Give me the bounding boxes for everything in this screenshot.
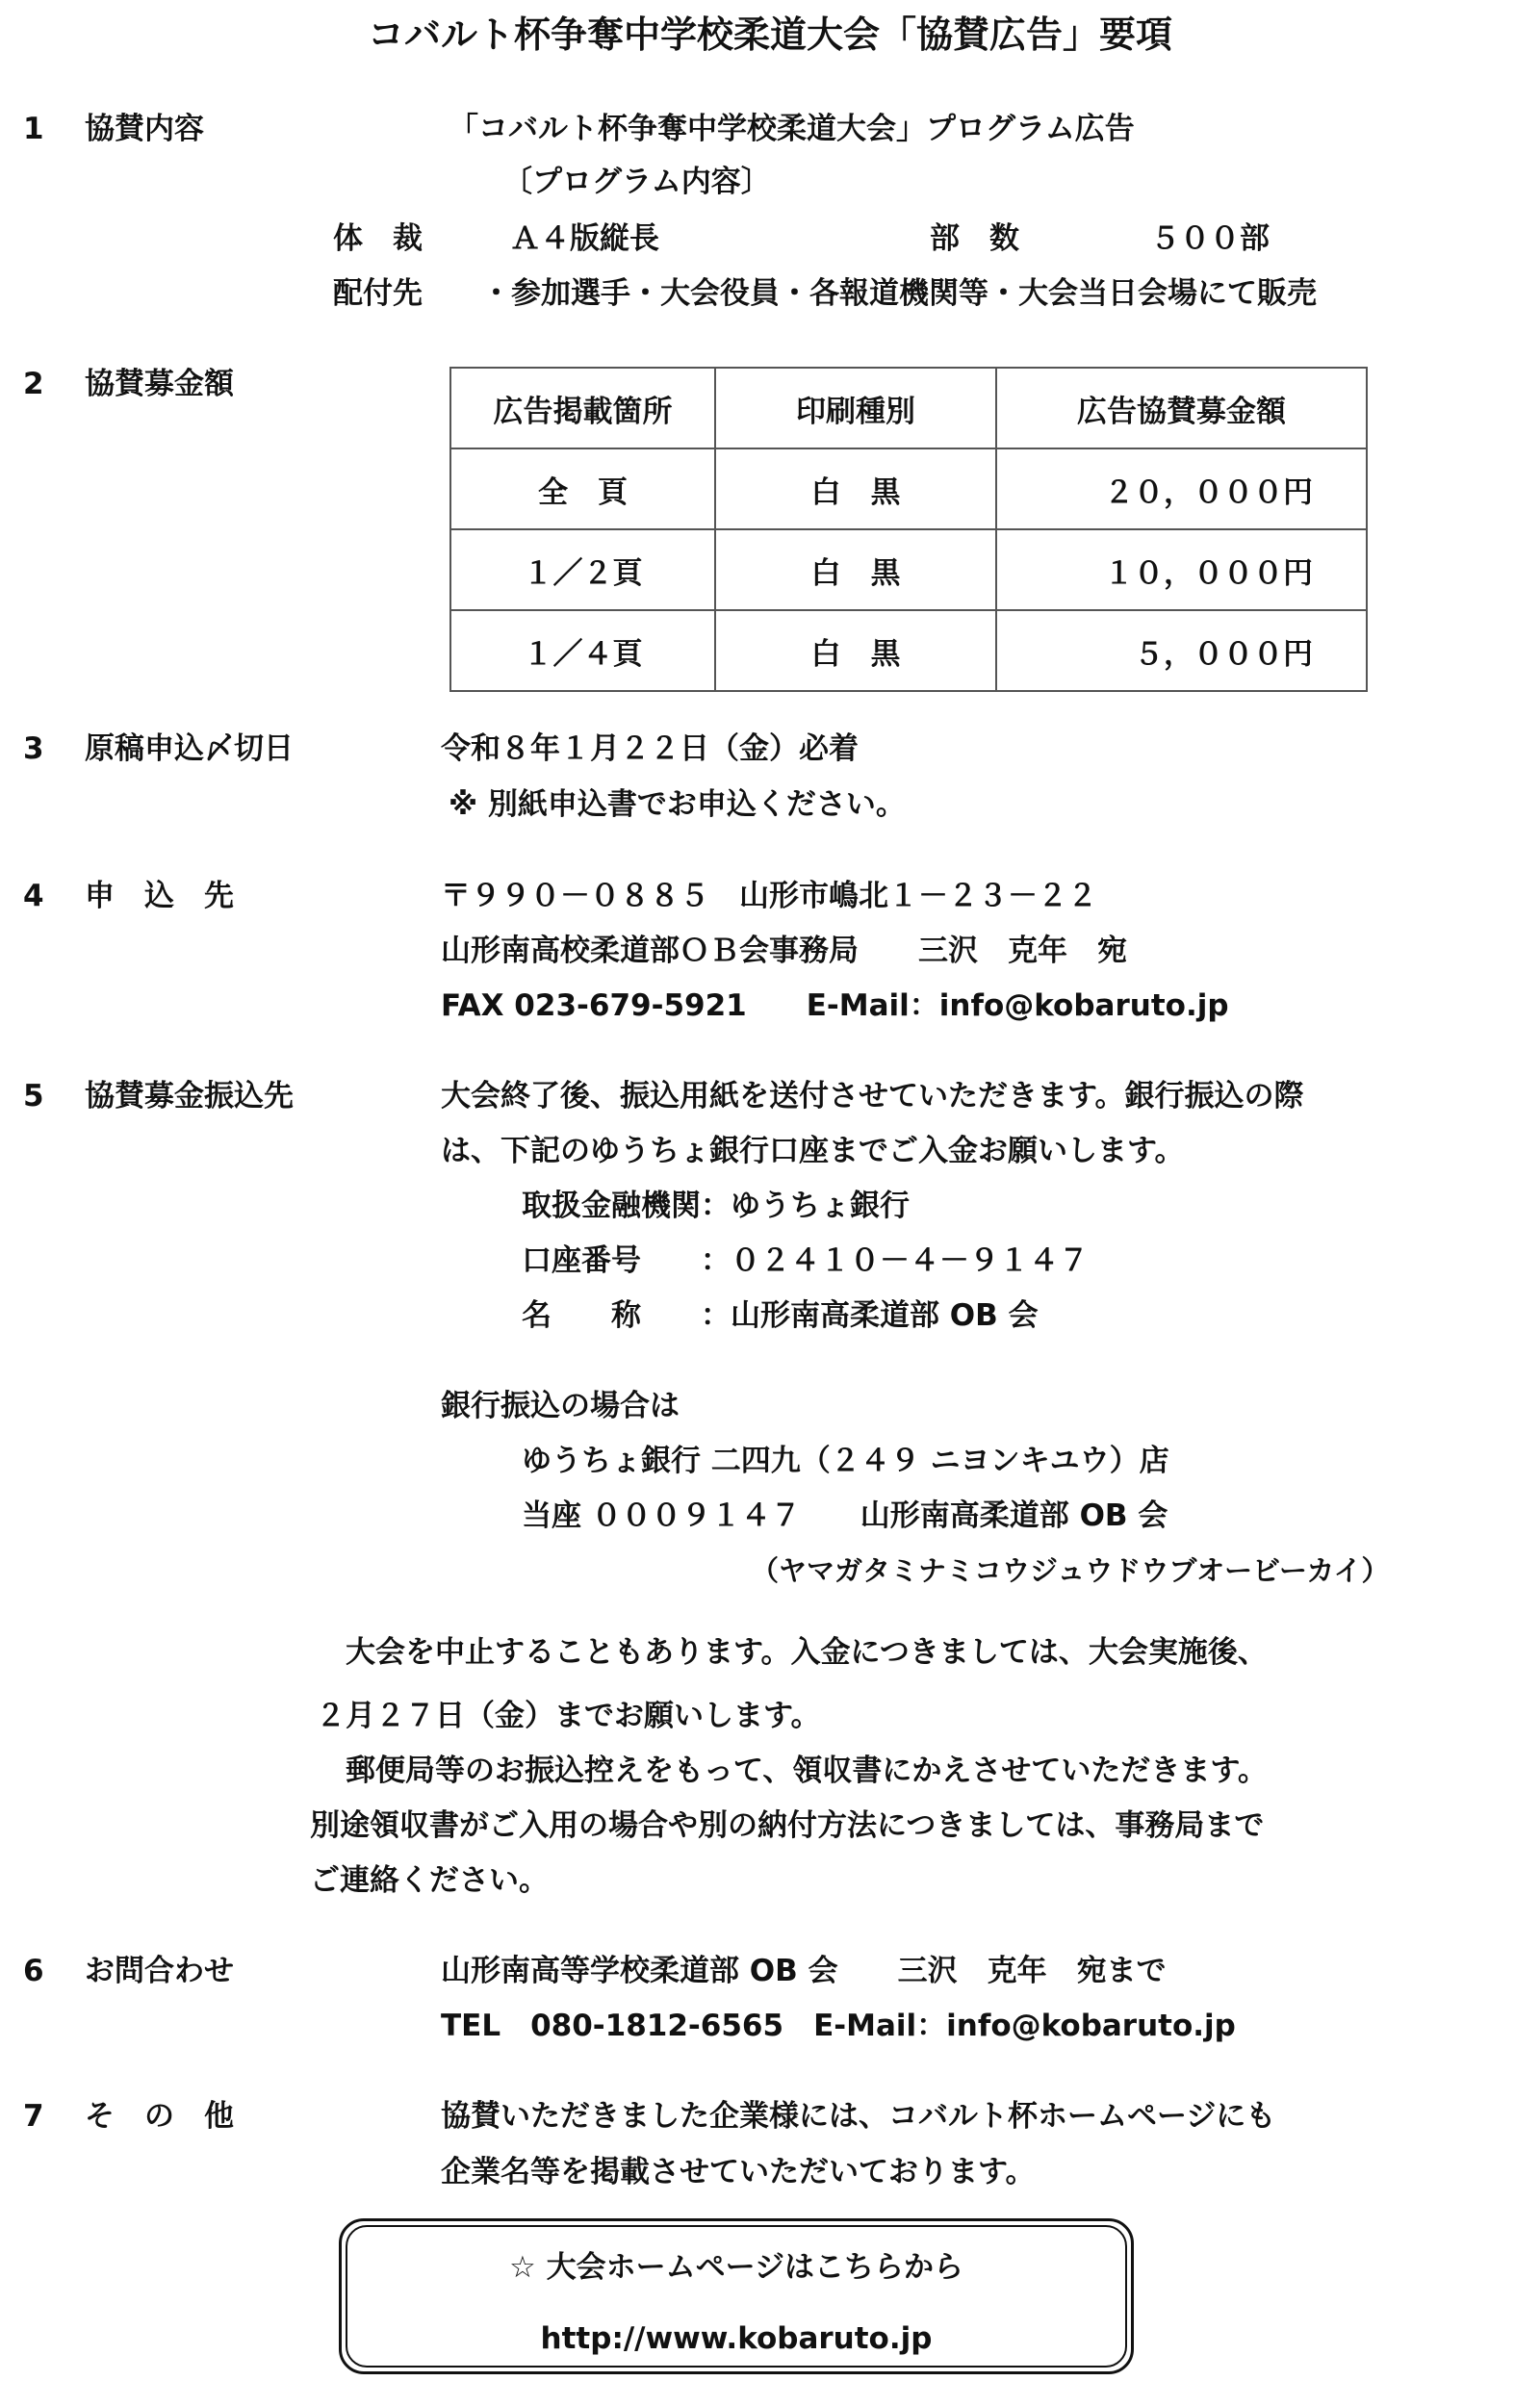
- account-name-kana: （ヤマガタミナミコウジュウドウブオービーカイ）: [751, 1551, 1390, 1590]
- section-number: 4: [23, 877, 44, 915]
- section-label: 協賛内容: [85, 110, 204, 148]
- page-title: コバルト杯争奪中学校柔道大会「協賛広告」要項: [0, 14, 1540, 55]
- copies-label: 部 数: [930, 219, 1019, 258]
- note-paragraph: ２月２７日（金）までお願いします。: [316, 1697, 821, 1735]
- star-icon: ☆: [509, 2250, 536, 2285]
- other-info: 企業名等を掲載させていただいております。: [441, 2153, 1036, 2191]
- note-paragraph: 大会を中止することもあります。入金につきましては、大会実施後、: [316, 1633, 1268, 1672]
- table-row: １／２頁 白 黒 １０，０００円: [450, 529, 1367, 610]
- section-label: お問合わせ: [85, 1952, 234, 1990]
- bank-institution: 取扱金融機関：ゆうちょ銀行: [522, 1187, 910, 1225]
- amount-cell: ５，０００円: [996, 610, 1367, 691]
- section-number: 1: [23, 110, 44, 148]
- recipient-office: 山形南高校柔道部ＯＢ会事務局 三沢 克年 宛: [441, 932, 1127, 970]
- homepage-heading-line: ☆ 大会ホームページはこちらから: [342, 2248, 1131, 2287]
- note-paragraph: 別途領収書がご入用の場合や別の納付方法につきましては、事務局まで: [310, 1806, 1264, 1845]
- payment-text: 大会終了後、振込用紙を送付させていただきます。銀行振込の際: [441, 1077, 1304, 1115]
- section-number: 6: [23, 1952, 44, 1990]
- table-row: 全 頁 白 黒 ２０，０００円: [450, 448, 1367, 529]
- amount-cell: １０，０００円: [996, 529, 1367, 610]
- program-content-heading: 〔プログラム内容〕: [502, 163, 771, 201]
- contact-name: 山形南高等学校柔道部 OB 会 三沢 克年 宛まで: [441, 1952, 1167, 1990]
- section-label: 協賛募金額: [85, 365, 234, 403]
- format-value: Ａ４版縦長: [510, 219, 659, 258]
- ad-size-cell: １／４頁: [450, 610, 715, 691]
- print-type-cell: 白 黒: [715, 529, 996, 610]
- deadline-date: 令和８年１月２２日（金）必着: [441, 730, 859, 768]
- account-number: 口座番号 ：０２４１０－４－９１４７: [522, 1242, 1089, 1280]
- format-label: 体 裁: [333, 219, 423, 258]
- section-label: そ の 他: [85, 2097, 234, 2136]
- section-number: 5: [23, 1077, 44, 1115]
- contact-tel-email: TEL 080-1812-6565 E-Mail：info@kobaruto.j…: [441, 2007, 1236, 2045]
- column-header: 広告協賛募金額: [996, 368, 1367, 448]
- homepage-url[interactable]: http://www.kobaruto.jp: [342, 2319, 1131, 2358]
- copies-value: ５００部: [1150, 219, 1270, 258]
- fax-email: FAX 023-679-5921 E-Mail：info@kobaruto.jp: [441, 986, 1229, 1025]
- homepage-box: ☆ 大会ホームページはこちらから http://www.kobaruto.jp: [339, 2218, 1134, 2374]
- ad-size-cell: 全 頁: [450, 448, 715, 529]
- bank-transfer-heading: 銀行振込の場合は: [441, 1387, 680, 1425]
- table-row: １／４頁 白 黒 ５，０００円: [450, 610, 1367, 691]
- sponsorship-content: 「コバルト杯争奪中学校柔道大会」プログラム広告: [449, 110, 1135, 148]
- note-paragraph: ご連絡ください。: [310, 1861, 549, 1900]
- column-header: 広告掲載箇所: [450, 368, 715, 448]
- payment-text: は、下記のゆうちょ銀行口座までご入金お願いします。: [441, 1132, 1185, 1170]
- other-info: 協賛いただきました企業様には、コバルト杯ホームページにも: [441, 2097, 1275, 2136]
- bank-account: 当座 ０００９１４７ 山形南高柔道部 OB 会: [522, 1497, 1168, 1535]
- column-header: 印刷種別: [715, 368, 996, 448]
- account-name: 名 称 ：山形南高柔道部 OB 会: [522, 1296, 1039, 1335]
- section-label: 原稿申込〆切日: [85, 730, 294, 768]
- table-header-row: 広告掲載箇所 印刷種別 広告協賛募金額: [450, 368, 1367, 448]
- print-type-cell: 白 黒: [715, 448, 996, 529]
- postal-address: 〒９９０－０８８５ 山形市嶋北１－２３－２２: [441, 877, 1097, 915]
- fee-table: 広告掲載箇所 印刷種別 広告協賛募金額 全 頁 白 黒 ２０，０００円 １／２頁…: [449, 367, 1368, 692]
- print-type-cell: 白 黒: [715, 610, 996, 691]
- note-paragraph: 郵便局等のお振込控えをもって、領収書にかえさせていただきます。: [316, 1752, 1268, 1790]
- ad-size-cell: １／２頁: [450, 529, 715, 610]
- section-number: 3: [23, 730, 44, 768]
- section-label: 申 込 先: [85, 877, 234, 915]
- section-number: 7: [23, 2097, 44, 2136]
- bank-branch: ゆうちょ銀行 二四九（２４９ ニヨンキユウ）店: [522, 1442, 1169, 1480]
- distribution-label: 配付先: [333, 274, 423, 313]
- deadline-note: ※ 別紙申込書でお申込ください。: [449, 785, 906, 824]
- distribution-value: ・参加選手・大会役員・各報道機関等・大会当日会場にて販売: [481, 274, 1317, 313]
- section-label: 協賛募金振込先: [85, 1077, 294, 1115]
- amount-cell: ２０，０００円: [996, 448, 1367, 529]
- section-number: 2: [23, 365, 44, 403]
- homepage-heading: 大会ホームページはこちらから: [547, 2250, 963, 2285]
